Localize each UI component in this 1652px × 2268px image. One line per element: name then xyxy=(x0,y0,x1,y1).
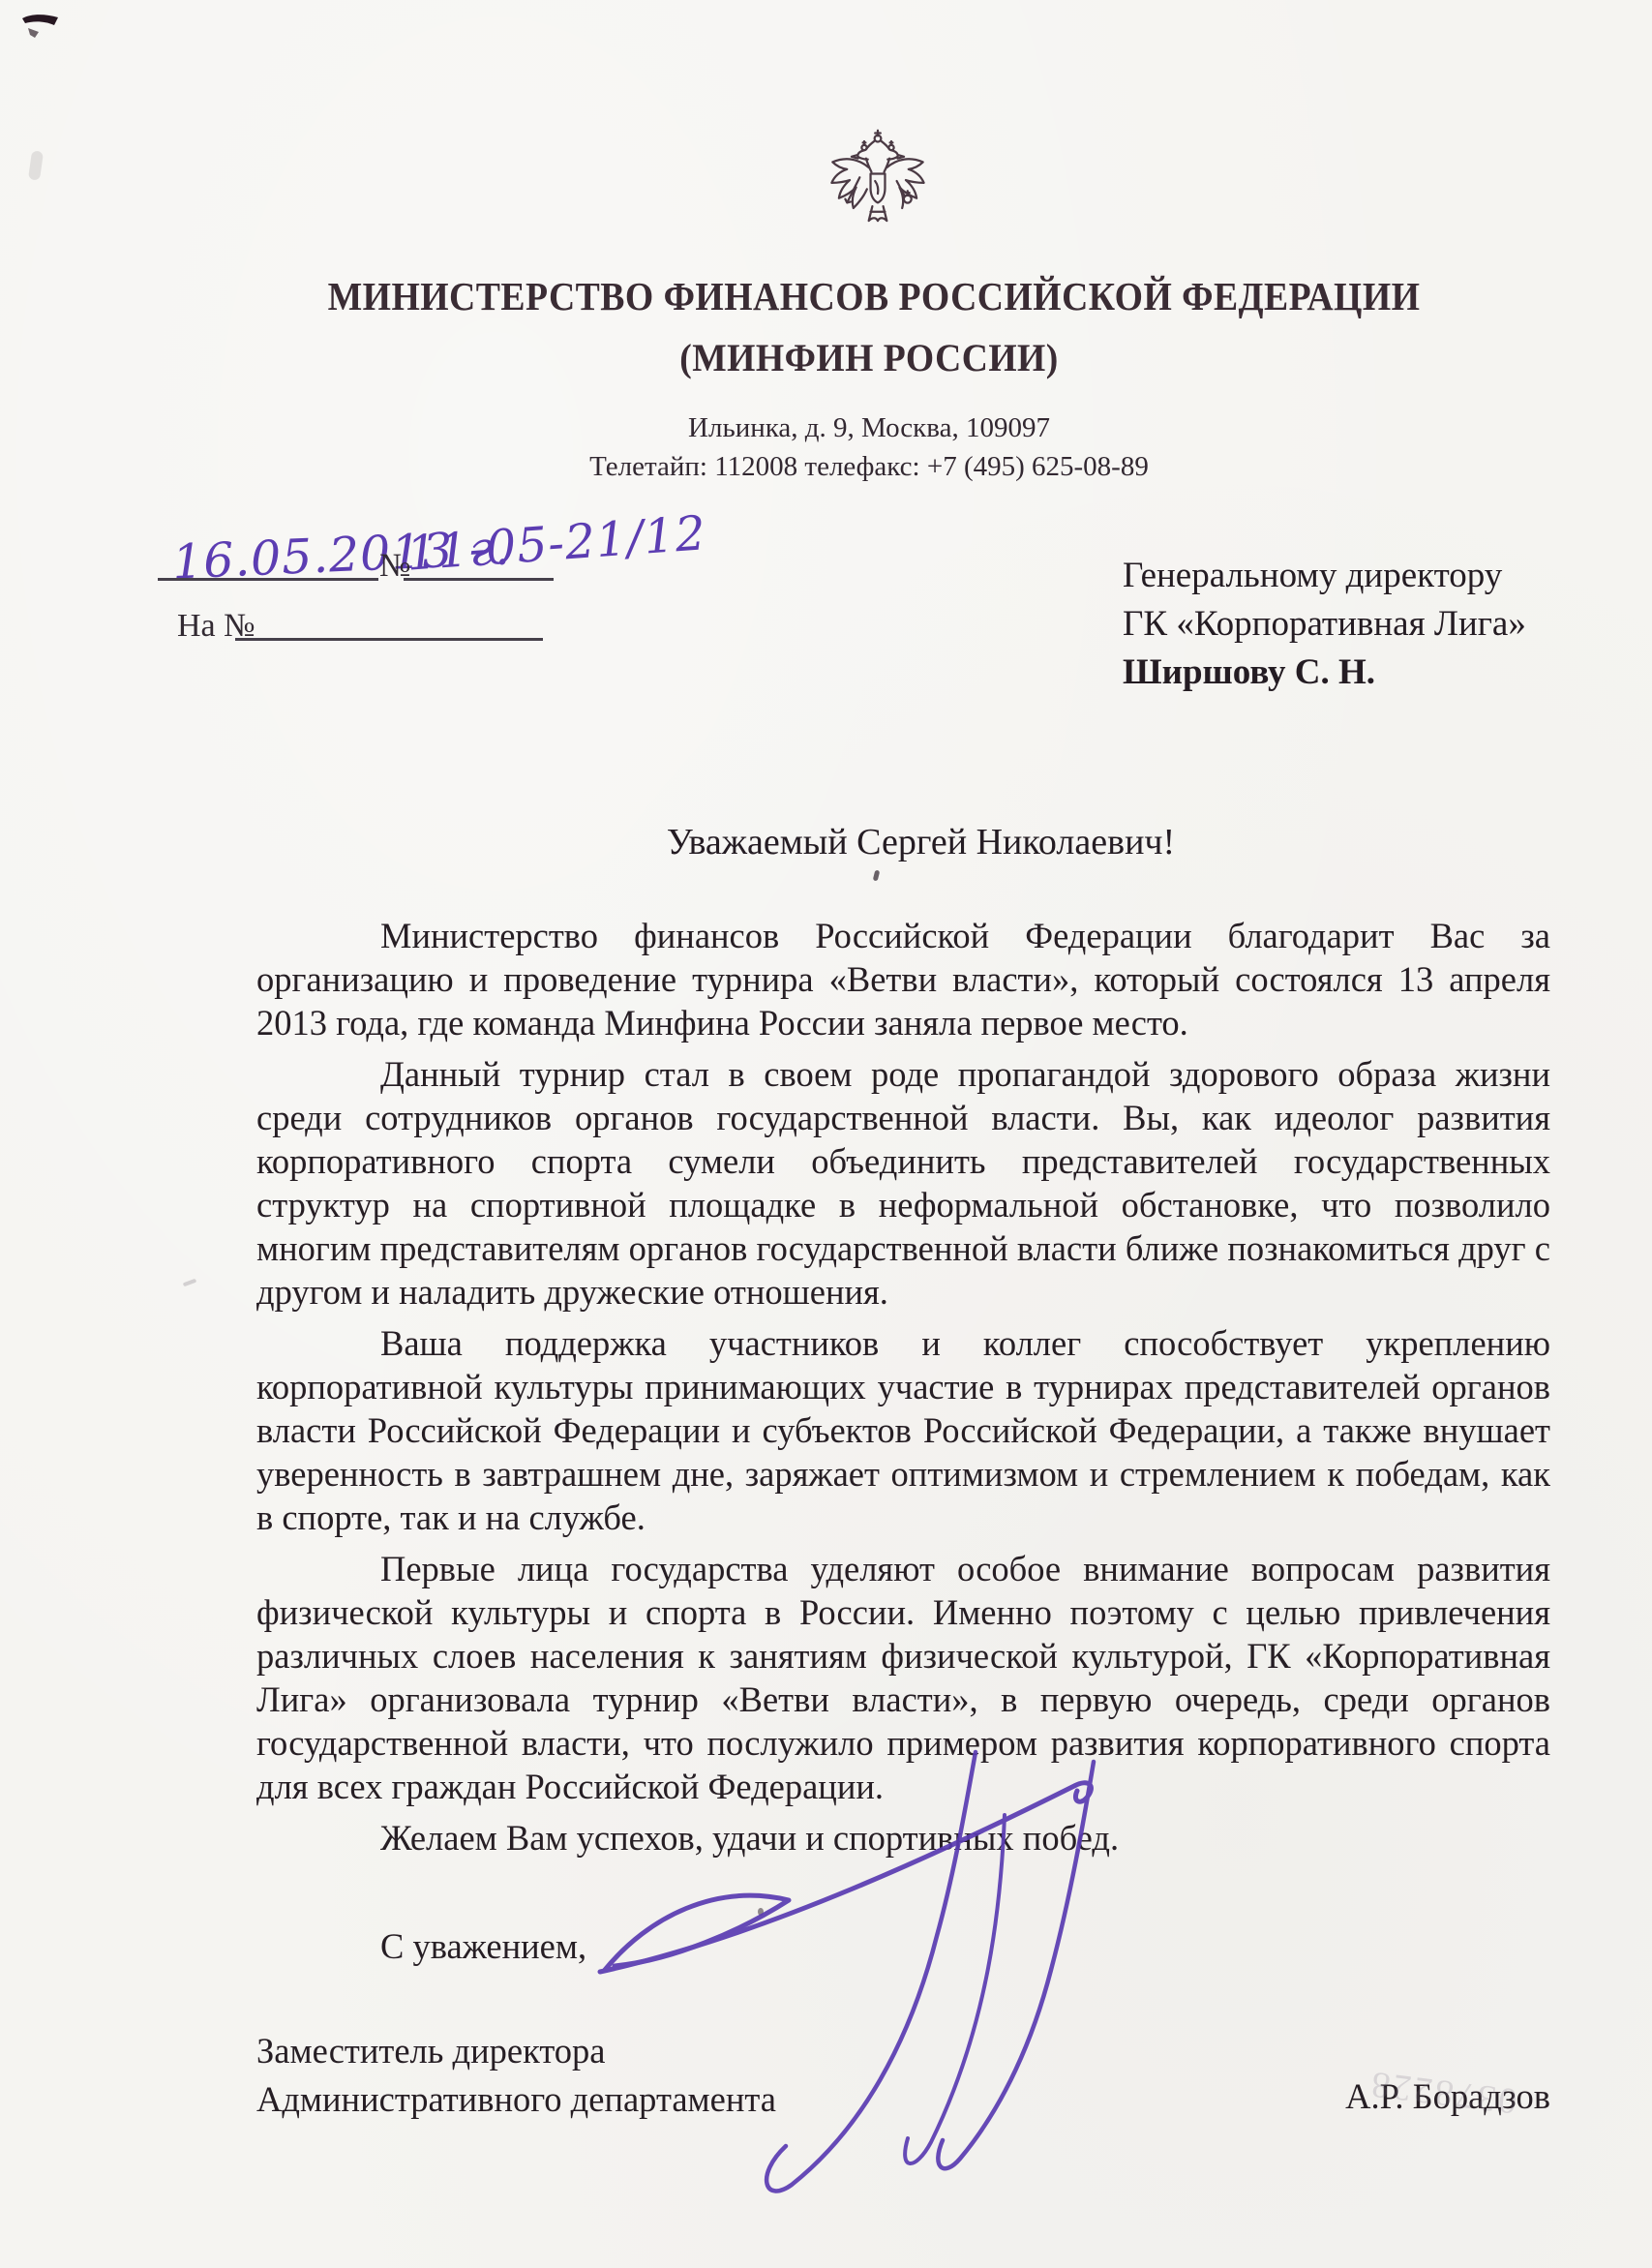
scanned-letter-page: МИНИСТЕРСТВО ФИНАНСОВ РОССИЙСКОЙ ФЕДЕРАЦ… xyxy=(0,0,1652,2268)
ministry-address: Ильинка, д. 9, Москва, 109097 xyxy=(688,412,1050,444)
paragraph-3: Ваша поддержка участников и коллег спосо… xyxy=(256,1321,1550,1539)
ministry-phone-line: Телетайп: 112008 телефакс: +7 (495) 625-… xyxy=(589,451,1149,483)
scan-speck xyxy=(183,1279,197,1287)
recipient-company: ГК «Корпоративная Лига» xyxy=(1123,600,1526,649)
handwritten-signature xyxy=(571,1738,1171,2222)
recipient-block: Генеральному директору ГК «Корпоративная… xyxy=(1123,552,1526,697)
reply-number-underline xyxy=(235,638,543,641)
paragraph-1: Министерство финансов Российской Федерац… xyxy=(256,914,1550,1044)
scan-speck xyxy=(873,870,881,882)
recipient-name: Ширшову С. Н. xyxy=(1123,649,1526,697)
date-underline xyxy=(158,578,378,581)
number-underline xyxy=(404,578,554,581)
handwritten-outgoing-number: 11-05-21/12 xyxy=(405,505,707,581)
recipient-position: Генеральному директору xyxy=(1123,552,1526,600)
ministry-name: МИНИСТЕРСТВО ФИНАНСОВ РОССИЙСКОЙ ФЕДЕРАЦ… xyxy=(328,273,1421,319)
salutation: Уважаемый Сергей Николаевич! xyxy=(256,821,1550,863)
scan-corner-artifact xyxy=(19,10,66,43)
russia-coat-of-arms-emblem xyxy=(823,127,933,262)
scan-edge-smudge xyxy=(28,150,44,180)
ministry-short-name: (МИНФИН РОССИИ) xyxy=(679,335,1059,380)
paragraph-2: Данный турнир стал в своем роде пропаган… xyxy=(256,1052,1550,1314)
